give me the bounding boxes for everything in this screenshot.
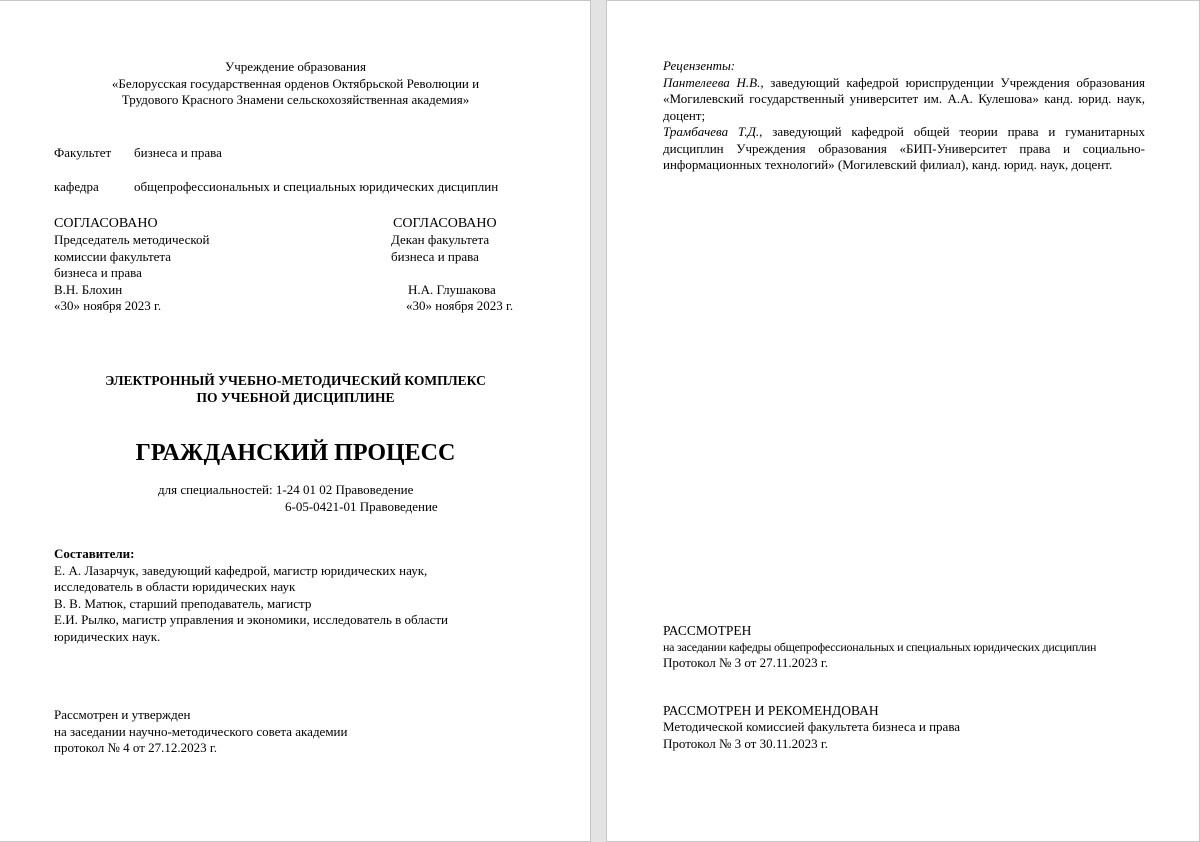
reviewer-name: Пантелеева Н.В. <box>663 75 760 90</box>
faculty-value: бизнеса и права <box>134 145 222 160</box>
council-approval-block: Рассмотрен и утвержден на заседании науч… <box>54 707 347 757</box>
authors-heading: Составители: <box>54 546 448 563</box>
author-line: Е.И. Рылко, магистр управления и экономи… <box>54 612 448 629</box>
department-review-detail: на заседании кафедры общепрофессиональны… <box>663 640 1096 655</box>
complex-title: ЭЛЕКТРОННЫЙ УЧЕБНО-МЕТОДИЧЕСКИЙ КОМПЛЕКС… <box>0 372 591 406</box>
approval-heading: СОГЛАСОВАНО <box>393 215 513 232</box>
institution-line: «Белорусская государственная орденов Окт… <box>0 76 591 93</box>
specialties-label: для специальностей: <box>158 482 273 499</box>
author-line: В. В. Матюк, старший преподаватель, маги… <box>54 596 448 613</box>
specialties-block: для специальностей: 1-24 01 02 Правоведе… <box>158 482 438 515</box>
discipline-title: ГРАЖДАНСКИЙ ПРОЦЕСС <box>0 438 591 468</box>
council-approval-line: Рассмотрен и утвержден <box>54 707 347 724</box>
department-value: общепрофессиональных и специальных юриди… <box>134 179 498 194</box>
department-label: кафедра <box>54 179 134 196</box>
approval-heading: СОГЛАСОВАНО <box>54 215 210 232</box>
specialty-item: 1-24 01 02 Правоведение <box>276 482 414 497</box>
specialty-item: 6-05-0421-01 Правоведение <box>285 499 438 516</box>
institution-name: Учреждение образования «Белорусская госу… <box>0 59 591 109</box>
commission-review-heading: РАССМОТРЕН И РЕКОМЕНДОВАН <box>663 702 960 719</box>
approval-position-line: бизнеса и права <box>391 249 513 266</box>
reviewers-block: Рецензенты: Пантелеева Н.В., заведующий … <box>663 58 1145 174</box>
approval-block-right: СОГЛАСОВАНО Декан факультета бизнеса и п… <box>391 215 513 315</box>
title-page: Учреждение образования «Белорусская госу… <box>0 0 591 842</box>
approval-block-left: СОГЛАСОВАНО Председатель методической ко… <box>54 215 210 315</box>
faculty-label: Факультет <box>54 145 134 162</box>
approval-signer: Н.А. Глушакова <box>408 282 513 299</box>
approval-position-line: Председатель методической <box>54 232 210 249</box>
council-approval-line: протокол № 4 от 27.12.2023 г. <box>54 740 347 757</box>
department-review-protocol: Протокол № 3 от 27.11.2023 г. <box>663 655 1096 672</box>
approval-position-line: комиссии факультета <box>54 249 210 266</box>
author-line: Е. А. Лазарчук, заведующий кафедрой, маг… <box>54 563 448 580</box>
reviewer-entry: Пантелеева Н.В., заведующий кафедрой юри… <box>663 75 1145 125</box>
approval-position-line: бизнеса и права <box>54 265 210 282</box>
reviewer-name: Трамбачева Т.Д. <box>663 124 759 139</box>
institution-line: Трудового Красного Знамени сельскохозяйс… <box>0 92 591 109</box>
reviewer-entry: Трамбачева Т.Д., заведующий кафедрой общ… <box>663 124 1145 174</box>
approval-date: «30» ноября 2023 г. <box>406 298 513 315</box>
council-approval-line: на заседании научно-методического совета… <box>54 724 347 741</box>
faculty-row: Факультетбизнеса и права <box>54 145 222 162</box>
department-review-block: РАССМОТРЕН на заседании кафедры общепроф… <box>663 622 1096 672</box>
institution-line: Учреждение образования <box>0 59 591 76</box>
approval-signer: В.Н. Блохин <box>54 282 210 299</box>
complex-title-line: ПО УЧЕБНОЙ ДИСЦИПЛИНЕ <box>0 389 591 406</box>
second-page: Рецензенты: Пантелеева Н.В., заведующий … <box>606 0 1200 842</box>
commission-review-block: РАССМОТРЕН И РЕКОМЕНДОВАН Методической к… <box>663 702 960 752</box>
authors-block: Составители: Е. А. Лазарчук, заведующий … <box>54 546 448 645</box>
author-line: юридических наук. <box>54 629 448 646</box>
department-row: кафедраобщепрофессиональных и специальны… <box>54 179 498 196</box>
reviewers-heading: Рецензенты: <box>663 58 1145 75</box>
commission-review-protocol: Протокол № 3 от 30.11.2023 г. <box>663 736 960 753</box>
author-line: исследователь в области юридических наук <box>54 579 448 596</box>
approval-date: «30» ноября 2023 г. <box>54 298 210 315</box>
approval-position-line: Декан факультета <box>391 232 513 249</box>
complex-title-line: ЭЛЕКТРОННЫЙ УЧЕБНО-МЕТОДИЧЕСКИЙ КОМПЛЕКС <box>0 372 591 389</box>
department-review-heading: РАССМОТРЕН <box>663 622 1096 640</box>
commission-review-detail: Методической комиссией факультета бизнес… <box>663 719 960 736</box>
